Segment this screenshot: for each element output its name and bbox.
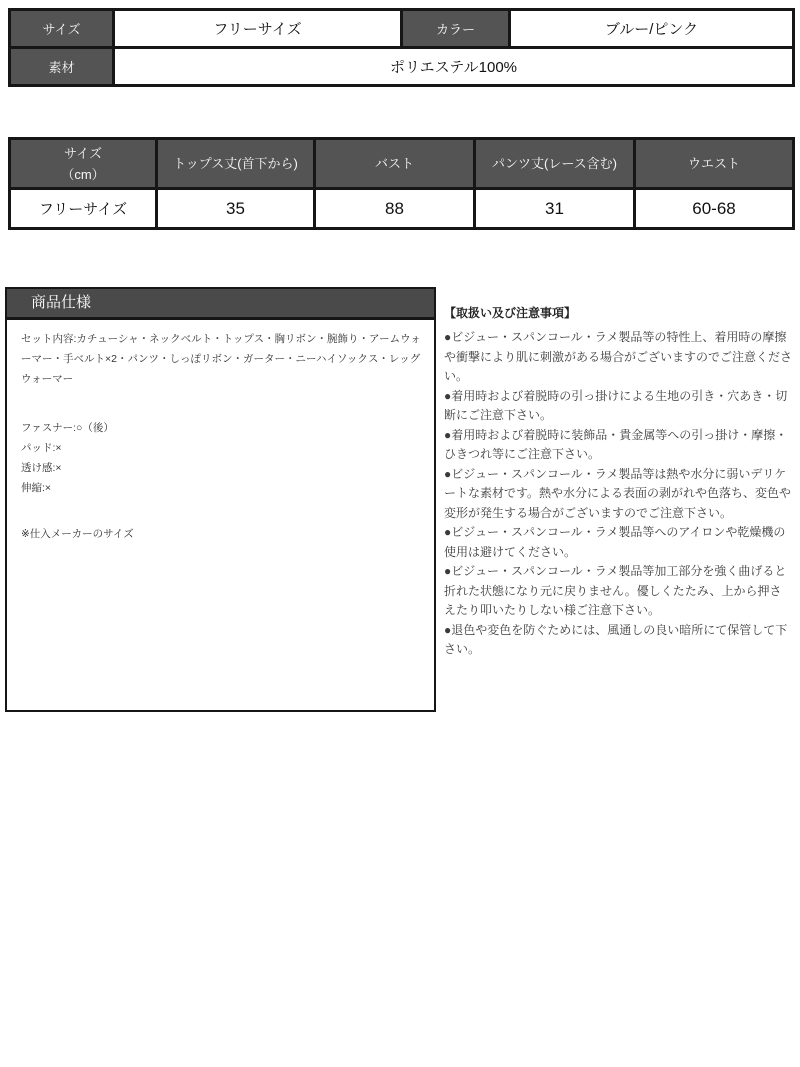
product-spec-page: サイズ フリーサイズ カラー ブルー/ピンク 素材 ポリエステル100% サイズ… [0,0,800,1067]
measurements-table: サイズ （cm） トップス丈(首下から) バスト パンツ丈(レース含む) ウエス… [8,137,795,230]
row-size-cell: フリーサイズ [10,189,157,229]
precautions-section: 【取扱い及び注意事項】 ●ビジュー・スパンコール・ラメ製品等の特性上、着用時の摩… [444,304,792,660]
pants-length-value-cell: 31 [475,189,635,229]
product-spec-header-bar: 商品仕様 [7,289,434,320]
detail-line-stretch: 伸縮:× [21,478,426,498]
precaution-item: ●ビジュー・スパンコール・ラメ製品等は熱や水分に弱いデリケートな素材です。熱や水… [444,465,792,524]
bust-header-cell: バスト [315,139,475,189]
precaution-item: ●ビジュー・スパンコール・ラメ製品等加工部分を強く曲げると折れた状態になり元に戻… [444,562,792,621]
precaution-item: ●退色や変色を防ぐためには、風通しの良い暗所にて保管して下さい。 [444,621,792,660]
size-header-line1: サイズ [15,143,151,164]
precaution-item: ●ビジュー・スパンコール・ラメ製品等の特性上、着用時の摩擦や衝撃により肌に刺激が… [444,328,792,387]
measurements-data-row: フリーサイズ 35 88 31 60-68 [10,189,794,229]
measurements-header-row: サイズ （cm） トップス丈(首下から) バスト パンツ丈(レース含む) ウエス… [10,139,794,189]
detail-line-fastener: ファスナー:○（後） [21,418,426,438]
table-row: 素材 ポリエステル100% [10,48,794,86]
waist-value-cell: 60-68 [635,189,794,229]
size-header-line2: （cm） [15,164,151,185]
table-row: サイズ フリーサイズ カラー ブルー/ピンク [10,10,794,48]
waist-header-cell: ウエスト [635,139,794,189]
size-color-material-table: サイズ フリーサイズ カラー ブルー/ピンク 素材 ポリエステル100% [8,8,795,87]
detail-line-pad: パッド:× [21,438,426,458]
pants-length-header-cell: パンツ丈(レース含む) [475,139,635,189]
set-contents-text: セット内容:カチューシャ・ネックベルト・トップス・胸リボン・腕飾り・アームウォー… [21,329,426,389]
product-spec-title: 商品仕様 [31,294,91,311]
precaution-item: ●ビジュー・スパンコール・ラメ製品等へのアイロンや乾燥機の使用は避けてください。 [444,523,792,562]
color-label-cell: カラー [402,10,510,48]
size-value-cell: フリーサイズ [114,10,402,48]
color-value-cell: ブルー/ピンク [510,10,794,48]
tops-length-value-cell: 35 [157,189,315,229]
detail-line-sheerness: 透け感:× [21,458,426,478]
bust-value-cell: 88 [315,189,475,229]
product-spec-content: セット内容:カチューシャ・ネックベルト・トップス・胸リボン・腕飾り・アームウォー… [7,320,434,544]
supplier-size-note: ※仕入メーカーのサイズ [21,524,426,544]
size-label-cell: サイズ [10,10,114,48]
precaution-item: ●着用時および着脱時に装飾品・貴金属等への引っ掛け・摩擦・ひきつれ等にご注意下さ… [444,426,792,465]
precautions-title: 【取扱い及び注意事項】 [444,304,792,323]
product-spec-panel: 商品仕様 セット内容:カチューシャ・ネックベルト・トップス・胸リボン・腕飾り・ア… [5,287,436,712]
precaution-item: ●着用時および着脱時の引っ掛けによる生地の引き・穴あき・切断にご注意下さい。 [444,387,792,426]
material-value-cell: ポリエステル100% [114,48,794,86]
size-cm-header-cell: サイズ （cm） [10,139,157,189]
material-label-cell: 素材 [10,48,114,86]
tops-length-header-cell: トップス丈(首下から) [157,139,315,189]
